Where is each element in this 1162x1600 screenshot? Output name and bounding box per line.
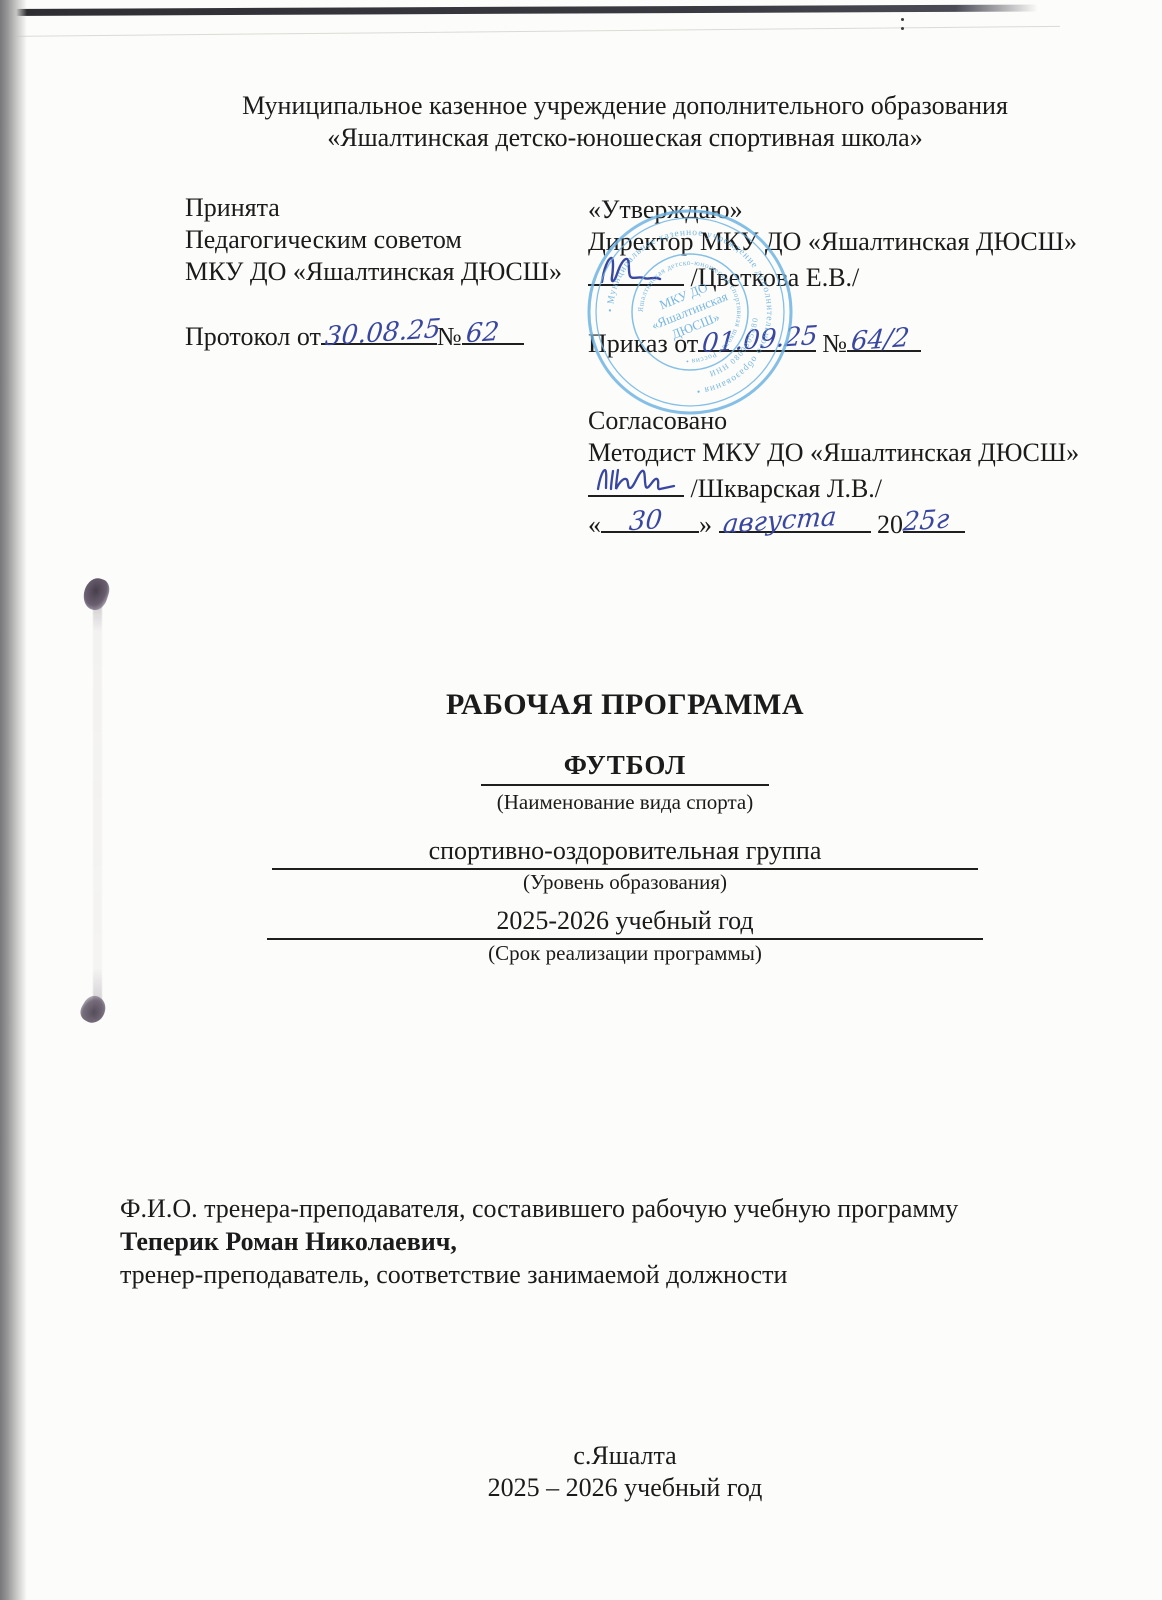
accepted-block: Принята Педагогическим советом МКУ ДО «Я… (185, 192, 562, 353)
order-number-underline: 64/2 (847, 324, 921, 352)
scanner-top-edge-band (4, 4, 1038, 16)
program-term-underline: 2025-2026 учебный год (267, 906, 983, 940)
sport-name-row: ФУТБОЛ (90, 750, 1160, 786)
protocol-number-underline: 62 (462, 317, 524, 345)
author-block: Ф.И.О. тренера-преподавателя, составивше… (120, 1192, 958, 1291)
director-signature-underline (588, 258, 684, 286)
accepted-line1: Принята (185, 192, 562, 224)
protocol-line: Протокол от30.08.25№62 (185, 317, 562, 353)
sport-name: ФУТБОЛ (564, 750, 686, 780)
education-level-underline: спортивно-оздоровительная группа (272, 836, 978, 870)
director-signature-line: /Цветкова Е.В./ (588, 258, 1079, 294)
agreed-title: Согласовано (588, 405, 1079, 437)
month-handwritten: августа (721, 504, 837, 538)
day-handwritten: 30 (628, 507, 663, 536)
methodist-signature (594, 463, 680, 499)
year-prefix: 20 (877, 510, 903, 539)
order-number-handwritten: 64/2 (850, 325, 911, 355)
protocol-number-handwritten: 62 (465, 319, 500, 348)
order-line: Приказ от01.09.25№64/2 (588, 324, 1079, 360)
binding-staple-bottom (77, 992, 110, 1027)
author-position: тренер-преподаватель, соответствие заним… (120, 1258, 958, 1291)
approve-quote: «Утверждаю» (588, 194, 1079, 226)
program-term-caption: (Срок реализации программы) (90, 941, 1160, 966)
organization-name-line2: «Яшалтинская детско-юношеская спортивная… (90, 122, 1160, 154)
director-signature (594, 254, 664, 288)
day-underline: 30 (601, 505, 699, 533)
order-label: Приказ от (588, 329, 698, 358)
sport-name-underline: ФУТБОЛ (481, 750, 769, 786)
methodist-signature-underline (588, 469, 684, 497)
scan-dot-artifact (901, 18, 905, 32)
month-underline: августа (719, 505, 871, 533)
order-date-handwritten: 01.09.25 (701, 323, 819, 357)
author-name: Теперик Роман Николаевич, (120, 1225, 958, 1258)
program-term: 2025-2026 учебный год (496, 906, 753, 935)
author-intro: Ф.И.О. тренера-преподавателя, составивше… (120, 1192, 958, 1225)
footer-place: с.Яшалта (90, 1440, 1160, 1472)
agreed-date-line: «30» августа 2025г (588, 505, 1079, 541)
approved-block: «Утверждаю» Директор МКУ ДО «Яшалтинская… (588, 194, 1079, 541)
director-name: /Цветкова Е.В./ (691, 263, 860, 292)
footer-year: 2025 – 2026 учебный год (90, 1472, 1160, 1504)
year-underline: 25г (903, 505, 965, 533)
document-title: РАБОЧАЯ ПРОГРАММА (90, 688, 1160, 722)
organization-name-line1: Муниципальное казенное учреждение дополн… (90, 90, 1160, 122)
education-level: спортивно-оздоровительная группа (429, 836, 822, 865)
year-handwritten: 25г (902, 506, 950, 535)
close-quote: » (699, 510, 712, 539)
protocol-date-underline: 30.08.25 (321, 317, 437, 345)
open-quote: « (588, 510, 601, 539)
order-date-underline: 01.09.25 (698, 324, 816, 352)
education-level-caption: (Уровень образования) (90, 870, 1160, 895)
binding-staple-top (80, 575, 113, 613)
scanned-document-page: { "header": { "line1": "Муниципальное ка… (0, 0, 1162, 1600)
scanner-left-edge-shadow (0, 0, 27, 1600)
order-number-sign: № (822, 329, 847, 358)
accepted-line2: Педагогическим советом (185, 224, 562, 256)
protocol-label: Протокол от (185, 322, 321, 351)
accepted-line3: МКУ ДО «Яшалтинская ДЮСШ» (185, 256, 562, 288)
education-level-row: спортивно-оздоровительная группа (90, 836, 1160, 870)
footer-block: с.Яшалта 2025 – 2026 учебный год (90, 1440, 1160, 1504)
sport-name-caption: (Наименование вида спорта) (90, 790, 1160, 815)
organization-header: Муниципальное казенное учреждение дополн… (90, 90, 1160, 154)
protocol-date-handwritten: 30.08.25 (324, 316, 442, 350)
methodist-signature-line: /Шкварская Л.В./ (588, 469, 1079, 505)
program-term-row: 2025-2026 учебный год (90, 906, 1160, 940)
methodist-name: /Шкварская Л.В./ (691, 474, 883, 503)
